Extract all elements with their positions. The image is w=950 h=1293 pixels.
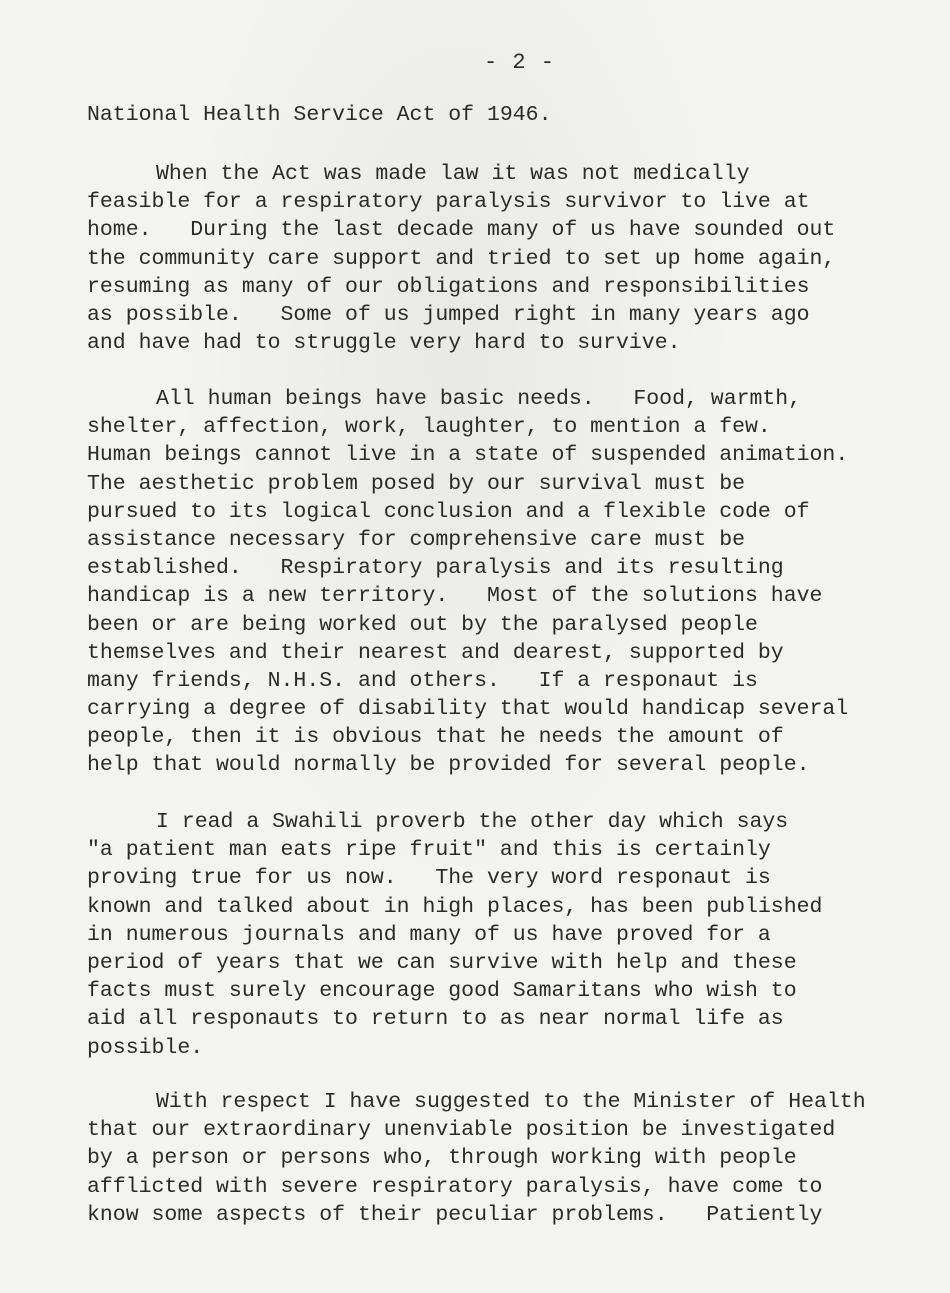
text-line: themselves and their nearest and dearest… (87, 639, 848, 667)
paragraph-3: I read a Swahili proverb the other day w… (87, 808, 822, 1062)
document-heading: National Health Service Act of 1946. (87, 103, 551, 127)
text-line: facts must surely encourage good Samarit… (87, 977, 822, 1005)
page-number: - 2 - (484, 50, 555, 75)
text-line: pursued to its logical conclusion and a … (87, 498, 848, 526)
text-line: With respect I have suggested to the Min… (87, 1088, 866, 1116)
text-line: feasible for a respiratory paralysis sur… (87, 188, 835, 216)
text-line: period of years that we can survive with… (87, 949, 822, 977)
text-line: possible. (87, 1034, 822, 1062)
text-line: afflicted with severe respiratory paraly… (87, 1173, 866, 1201)
text-line: resuming as many of our obligations and … (87, 273, 835, 301)
paragraph-4: With respect I have suggested to the Min… (87, 1088, 866, 1229)
text-line: established. Respiratory paralysis and i… (87, 554, 848, 582)
text-line: carrying a degree of disability that wou… (87, 695, 848, 723)
text-line: Human beings cannot live in a state of s… (87, 441, 848, 469)
text-line: handicap is a new territory. Most of the… (87, 582, 848, 610)
text-line: been or are being worked out by the para… (87, 611, 848, 639)
text-line: aid all responauts to return to as near … (87, 1005, 822, 1033)
text-line: When the Act was made law it was not med… (87, 160, 835, 188)
text-line: as possible. Some of us jumped right in … (87, 301, 835, 329)
text-line: help that would normally be provided for… (87, 751, 848, 779)
text-line: in numerous journals and many of us have… (87, 921, 822, 949)
text-line: assistance necessary for comprehensive c… (87, 526, 848, 554)
text-line: by a person or persons who, through work… (87, 1144, 866, 1172)
text-line: that our extraordinary unenviable positi… (87, 1116, 866, 1144)
text-line: proving true for us now. The very word r… (87, 864, 822, 892)
text-line: "a patient man eats ripe fruit" and this… (87, 836, 822, 864)
text-line: I read a Swahili proverb the other day w… (87, 808, 822, 836)
document-page: - 2 - National Health Service Act of 194… (0, 0, 950, 1293)
paragraph-1: When the Act was made law it was not med… (87, 160, 835, 357)
text-line: know some aspects of their peculiar prob… (87, 1201, 866, 1229)
text-line: people, then it is obvious that he needs… (87, 723, 848, 751)
text-line: All human beings have basic needs. Food,… (87, 385, 848, 413)
paragraph-2: All human beings have basic needs. Food,… (87, 385, 848, 780)
text-line: many friends, N.H.S. and others. If a re… (87, 667, 848, 695)
text-line: known and talked about in high places, h… (87, 893, 822, 921)
text-line: and have had to struggle very hard to su… (87, 329, 835, 357)
text-line: home. During the last decade many of us … (87, 216, 835, 244)
text-line: The aesthetic problem posed by our survi… (87, 470, 848, 498)
text-line: the community care support and tried to … (87, 245, 835, 273)
text-line: shelter, affection, work, laughter, to m… (87, 413, 848, 441)
